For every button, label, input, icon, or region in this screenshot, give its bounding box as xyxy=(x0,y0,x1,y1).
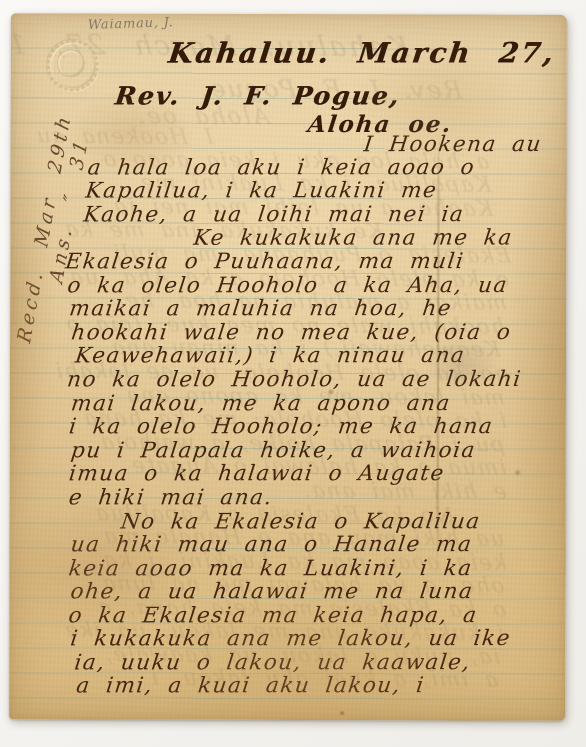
handwriting-line: a hala loa aku i keia aoao o xyxy=(86,157,476,179)
handwriting-line: a imi, a kuai aku lakou, i xyxy=(75,675,426,697)
letter-scan: Kahaluu. March 27, 1873. Rev. J. F. Pogu… xyxy=(0,0,586,747)
handwriting-line: keia aoao ma ka Luakini, i ka xyxy=(67,558,473,580)
handwriting-line: Kaohe, a ua loihi mai nei ia xyxy=(82,204,465,226)
handwriting-line: i ka olelo Hooholo; me ka hana xyxy=(68,416,495,438)
handwriting-line: o ka Ekalesia ma keia hapa, a xyxy=(67,605,479,627)
letter-recipient: Rev. J. F. Pogue, xyxy=(114,83,402,108)
handwriting-line: maikai a maluhia na hoa, he xyxy=(68,298,453,320)
pencil-catalog-note: Waiamau, J. xyxy=(88,15,174,33)
handwriting-line: mai lakou, me ka apono ana xyxy=(70,393,452,415)
handwriting-line: ia, uuku o lakou, ua kaawale, xyxy=(73,652,472,674)
handwriting-line: No ka Ekalesia o Kapalilua xyxy=(120,511,482,533)
handwriting-line: Keawehawaii,) i ka ninau ana xyxy=(74,345,467,367)
embossed-seal-inner-ring xyxy=(57,49,85,77)
handwriting-line: Ke kukakuka ana me ka xyxy=(192,227,514,249)
handwriting-line: I Hookena au xyxy=(363,134,544,156)
handwriting-line: no ka olelo Hooholo, ua ae lokahi xyxy=(66,369,523,391)
handwriting-line: Ekalesia o Puuhaana, ma muli xyxy=(64,251,465,273)
handwriting-line: e hiki mai ana. xyxy=(68,487,274,509)
handwriting-line: imua o ka halawai o Augate xyxy=(68,463,446,485)
handwriting-line: pu i Palapala hoike, a waihoia xyxy=(70,440,477,462)
handwriting-line: hookahi wale no mea kue, (oia o xyxy=(70,322,513,344)
handwriting-line: Kapalilua, i ka Luakini me xyxy=(84,180,438,202)
handwriting-line: ohe, a ua halawai me na luna xyxy=(69,581,474,603)
handwriting-line: ua hiki mau ana o Hanale ma xyxy=(70,534,474,556)
handwriting-line: o ka olelo Hooholo a ka Aha, ua xyxy=(66,275,509,297)
handwriting-line: i kukakuka ana me lakou, ua ike xyxy=(69,628,512,650)
letter-dateline: Kahaluu. March 27, 1873. xyxy=(167,39,567,67)
embossed-seal-icon xyxy=(47,39,99,91)
handwriting-layer: Kahaluu. March 27, 1873. Rev. J. F. Pogu… xyxy=(11,13,567,14)
letter-paper: Kahaluu. March 27, 1873. Rev. J. F. Pogu… xyxy=(9,13,567,720)
